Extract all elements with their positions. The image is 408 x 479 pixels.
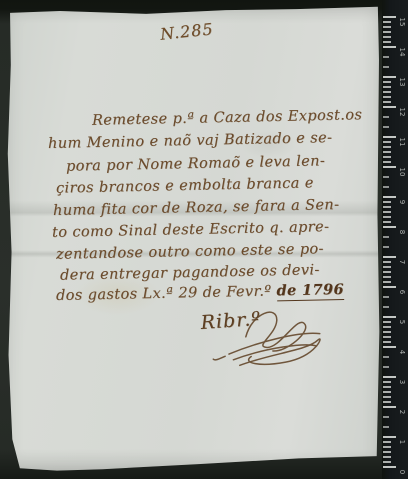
ruler-cm-tick [383,166,396,168]
ruler-mm-tick [383,446,391,448]
ruler-cm-tick [383,316,396,318]
photo-scale-ruler: 1514131211109876543210 [382,0,408,479]
ruler-cm-tick [383,106,396,108]
ruler-cm-tick [383,76,396,78]
ruler-mm-tick [383,21,391,23]
ruler-mm-tick [383,331,391,333]
signature-block: Ribr.º [186,297,331,381]
ruler-number: 1 [398,436,406,448]
ruler-cm-tick [383,346,396,348]
ruler-half-tick [383,356,389,358]
ruler-cm-tick [383,376,396,378]
ruler-cm-tick [383,286,396,288]
ruler-mm-tick [383,221,391,223]
ruler-cm-tick [383,406,396,408]
ruler-number: 7 [398,256,406,268]
ruler-mm-tick [383,81,391,83]
ruler-mm-tick [383,451,391,453]
ruler-cm-tick [383,136,396,138]
ruler-half-tick [383,116,389,118]
handwriting-line: çiros brancos e embolta branca e [56,175,314,196]
ruler-mm-tick [383,26,391,28]
ruler-mm-tick [383,386,391,388]
ruler-mm-tick [383,281,391,283]
ruler-mm-tick [383,276,391,278]
ruler-half-tick [383,56,389,58]
ruler-mm-tick [383,321,391,323]
ruler-half-tick [383,426,389,428]
ruler-number: 4 [398,346,406,358]
ruler-number: 9 [398,196,406,208]
handwriting-line: hum Menino e naõ vaj Batizado e se- [48,130,333,152]
ruler-cm-tick [383,436,396,438]
ruler-mm-tick [383,36,391,38]
ruler-number: 2 [398,406,406,418]
ruler-cm-tick [383,466,396,468]
ruler-number: 0 [398,466,406,478]
ruler-mm-tick [383,326,391,328]
ruler-mm-tick [383,461,391,463]
date-line-prefix: dos gastos Lx.ª 29 de Fevr.º [56,283,277,304]
ruler-half-tick [383,186,389,188]
ruler-number: 6 [398,286,406,298]
ruler-number: 11 [398,136,406,148]
ruler-mm-tick [383,201,391,203]
ruler-cm-tick [383,256,396,258]
ruler-mm-tick [383,151,391,153]
ruler-half-tick [383,176,389,178]
ruler-half-tick [383,296,389,298]
ruler-mm-tick [383,146,391,148]
handwriting-line: to como Sinal deste Escrito q. apre- [52,219,330,241]
ruler-mm-tick [383,101,391,103]
ruler-number: 8 [398,226,406,238]
ruler-number: 13 [398,76,406,88]
ruler-half-tick [383,306,389,308]
signature-text: Ribr.º [200,308,262,334]
ruler-mm-tick [383,86,391,88]
handwriting-line: Remetese p.ª a Caza dos Expost.os [92,107,363,129]
ruler-mm-tick [383,141,391,143]
ruler-cm-tick [383,46,396,48]
handwriting-line: dera entregar pagandose os devi- [60,262,320,283]
ruler-mm-tick [383,336,391,338]
ruler-mm-tick [383,261,391,263]
ruler-mm-tick [383,96,391,98]
ruler-mm-tick [383,381,391,383]
ruler-mm-tick [383,341,391,343]
ruler-mm-tick [383,456,391,458]
ruler-number: 15 [398,16,406,28]
ruler-number: 12 [398,106,406,118]
handwriting-line: huma fita cor de Roza, se fara a Sen- [53,197,340,219]
ruler-mm-tick [383,31,391,33]
handwritten-text-block: dos gastos Lx.ª 29 de Fevr.º de 1796 Rem… [0,0,408,479]
ruler-half-tick [383,236,389,238]
ruler-mm-tick [383,391,391,393]
ruler-mm-tick [383,271,391,273]
ruler-mm-tick [383,216,391,218]
ruler-mm-tick [383,156,391,158]
ruler-half-tick [383,366,389,368]
ruler-half-tick [383,126,389,128]
ruler-cm-tick [383,16,396,18]
scanned-manuscript-page: N.285 dos gastos Lx.ª 29 de Fevr.º de 17… [0,0,408,479]
handwriting-line: pora por Nome Romaõ e leva len- [66,153,325,174]
ruler-mm-tick [383,161,391,163]
ruler-number: 5 [398,316,406,328]
ruler-mm-tick [383,206,391,208]
ruler-half-tick [383,66,389,68]
ruler-cm-tick [383,196,396,198]
ruler-mm-tick [383,91,391,93]
ruler-half-tick [383,416,389,418]
ruler-half-tick [383,246,389,248]
ruler-mm-tick [383,441,391,443]
ruler-number: 3 [398,376,406,388]
handwriting-line: zentandose outro como este se po- [56,241,324,263]
ruler-cm-tick [383,226,396,228]
ruler-mm-tick [383,266,391,268]
ruler-mm-tick [383,396,391,398]
ruler-mm-tick [383,211,391,213]
ruler-number: 14 [398,46,406,58]
ruler-mm-tick [383,401,391,403]
ruler-mm-tick [383,41,391,43]
ruler-number: 10 [398,166,406,178]
